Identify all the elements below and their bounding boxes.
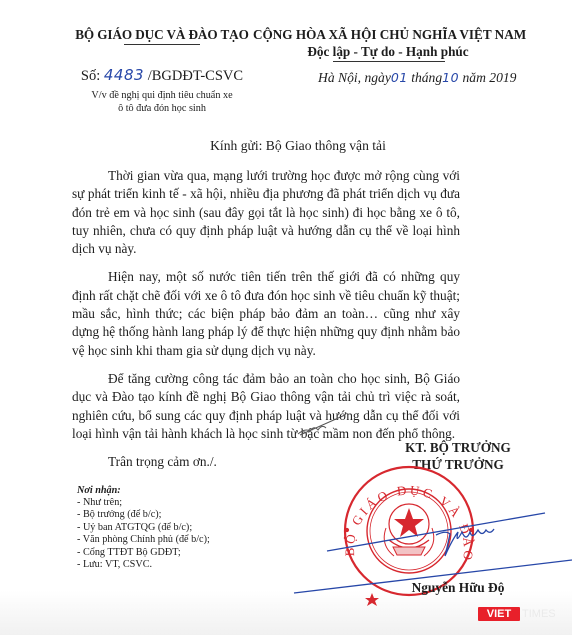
document-number-handwritten: 4483 bbox=[104, 66, 144, 84]
signatory-name: Nguyễn Hữu Độ bbox=[378, 580, 538, 596]
issuing-organization: BỘ GIÁO DỤC VÀ ĐÀO TẠO bbox=[74, 27, 250, 43]
body-paragraph-3: Để tăng cường công tác đảm bảo an toàn c… bbox=[72, 370, 460, 443]
recipient-item: - Văn phòng Chính phủ (để b/c); bbox=[77, 534, 210, 546]
date-month-label: tháng bbox=[411, 70, 442, 85]
document-subject: V/v đề nghị qui định tiêu chuẩn xe ô tô … bbox=[74, 90, 250, 115]
document-number-prefix: Số: bbox=[81, 68, 100, 84]
document-number-suffix: /BGDĐT-CSVC bbox=[148, 68, 243, 84]
subject-line-2: ô tô đưa đón học sinh bbox=[74, 103, 250, 116]
national-motto: Độc lập - Tự do - Hạnh phúc bbox=[253, 44, 523, 60]
viettimes-watermark-logo: VIET bbox=[478, 607, 520, 621]
recipient-item: - Uỷ ban ATGTQG (để b/c); bbox=[77, 522, 210, 534]
date-place: Hà Nội, ngày bbox=[318, 70, 391, 85]
recipient-item: - Lưu: VT, CSVC. bbox=[77, 559, 210, 571]
national-title: CỘNG HÒA XÃ HỘI CHỦ NGHĨA VIỆT NAM bbox=[253, 27, 523, 43]
recipients-title: Nơi nhận: bbox=[77, 485, 121, 496]
subject-line-1: V/v đề nghị qui định tiêu chuẩn xe bbox=[74, 90, 250, 103]
date-month-handwritten: 10 bbox=[442, 70, 459, 85]
date-line: Hà Nội, ngày01 tháng10 năm 2019 bbox=[318, 70, 516, 86]
watermark-suffix: TIMES bbox=[522, 607, 556, 621]
recipients-list: - Như trên; - Bộ trưởng (để b/c); - Uỷ b… bbox=[77, 497, 210, 571]
recipient-item: - Bộ trưởng (để b/c); bbox=[77, 509, 210, 521]
recipient-item: - Như trên; bbox=[77, 497, 210, 509]
signatory-title: KT. BỘ TRƯỞNG THỨ TRƯỞNG bbox=[378, 440, 538, 473]
letter-body: Thời gian vừa qua, mạng lưới trường học … bbox=[72, 167, 460, 481]
body-paragraph-1: Thời gian vừa qua, mạng lưới trường học … bbox=[72, 167, 460, 258]
addressee: Kính gửi: Bộ Giao thông vận tải bbox=[0, 138, 572, 154]
signatory-title-1: KT. BỘ TRƯỞNG bbox=[378, 440, 538, 457]
motto-underline bbox=[333, 61, 445, 62]
document-number: Số: 4483 /BGDĐT-CSVC bbox=[74, 66, 250, 85]
organization-underline bbox=[124, 44, 200, 45]
signatory-title-2: THỨ TRƯỞNG bbox=[378, 457, 538, 474]
body-paragraph-2: Hiện nay, một số nước tiên tiến trên thế… bbox=[72, 268, 460, 359]
recipient-item: - Cổng TTĐT Bộ GDĐT; bbox=[77, 547, 210, 559]
date-year: năm 2019 bbox=[462, 70, 516, 85]
date-day-handwritten: 01 bbox=[391, 70, 408, 85]
